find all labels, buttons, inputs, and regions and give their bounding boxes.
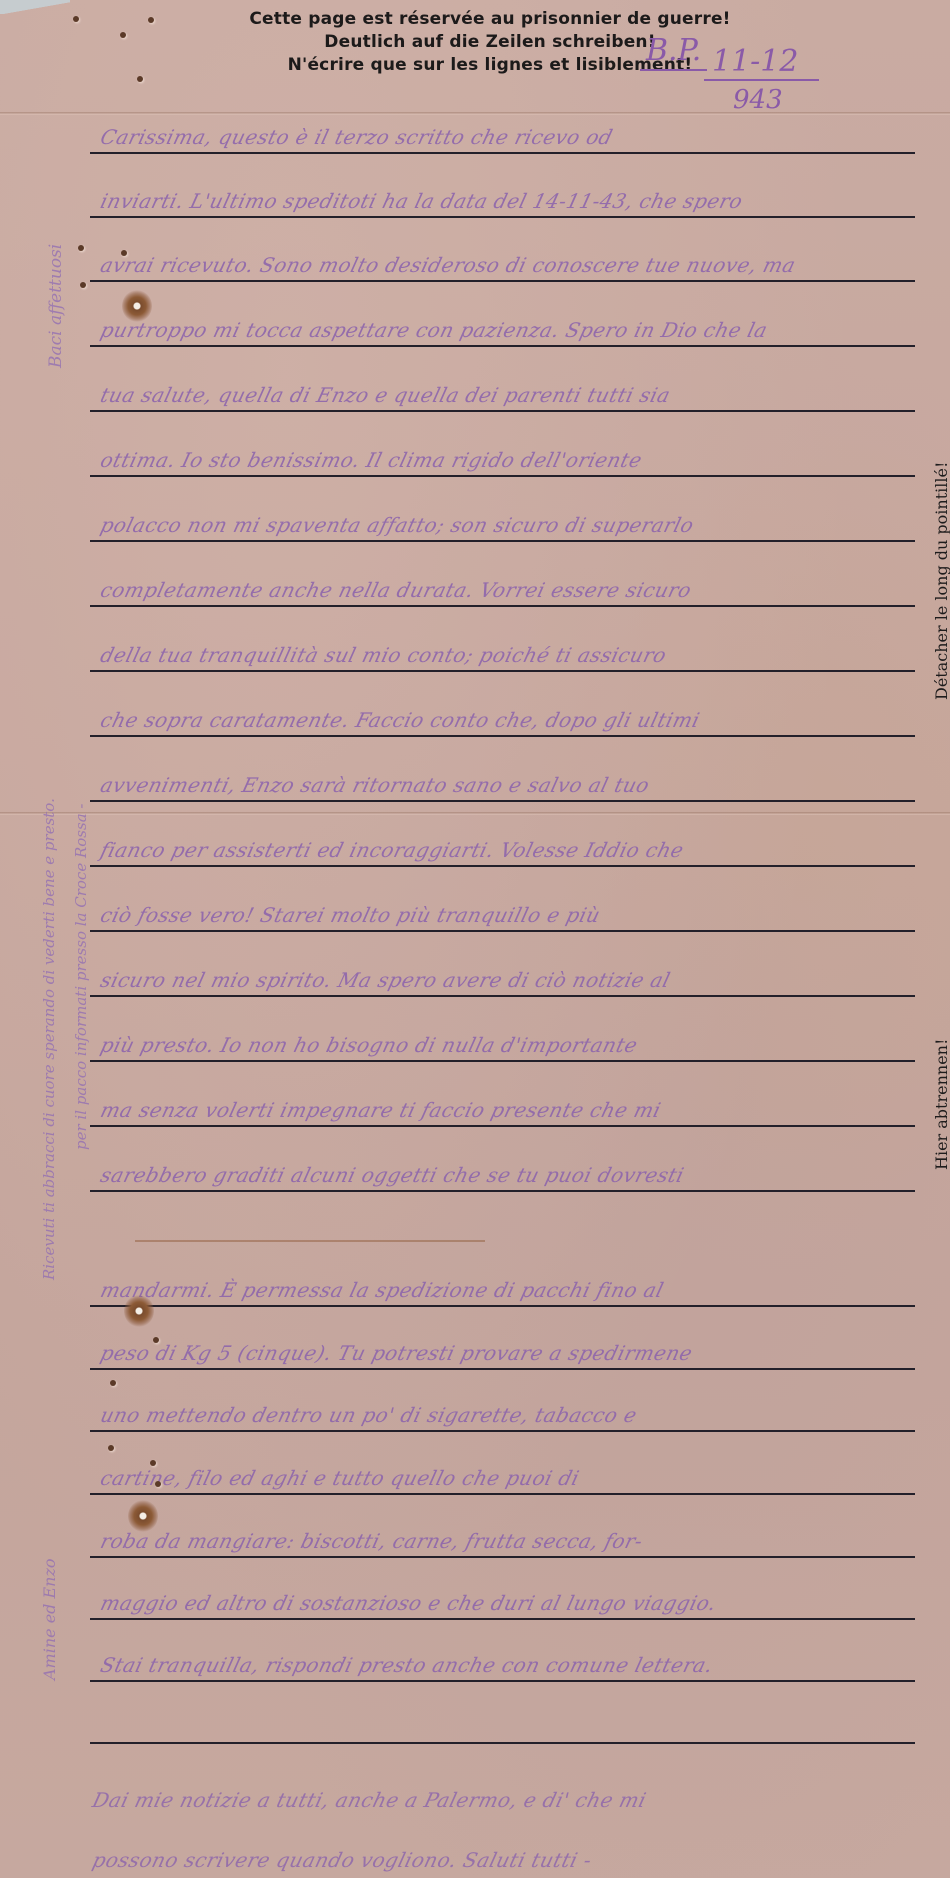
ruled-line [90, 280, 915, 282]
pin-hole [78, 245, 84, 251]
ruled-line [90, 1680, 915, 1682]
handwritten-line: Dai mie notizie a tutti, anche a Palermo… [90, 1788, 926, 1812]
handwritten-line: Stai tranquilla, rispondi presto anche c… [98, 1653, 934, 1677]
torn-corner [0, 0, 70, 14]
handwritten-line: ma senza volerti impegnare ti faccio pre… [98, 1098, 934, 1122]
handwritten-line: ciò fosse vero! Starei molto più tranqui… [98, 903, 934, 927]
handwritten-line: roba da mangiare: biscotti, carne, frutt… [98, 1529, 934, 1553]
handwritten-line: ottima. Io sto benissimo. Il clima rigid… [98, 448, 934, 472]
handwritten-line: possono scrivere quando vogliono. Saluti… [90, 1848, 926, 1872]
handwritten-line: fianco per assisterti ed incoraggiarti. … [98, 838, 934, 862]
censor-date-text: 11-12 [712, 44, 798, 79]
pin-hole [121, 250, 127, 256]
fold-crease [0, 812, 950, 815]
pin-hole [150, 1460, 156, 1466]
ruled-line [90, 1190, 915, 1192]
handwritten-line: tua salute, quella di Enzo e quella dei … [98, 383, 934, 407]
pin-hole [80, 282, 86, 288]
ruled-line [90, 930, 915, 932]
ruled-line [90, 1060, 915, 1062]
handwritten-line: sarebbero graditi alcuni oggetti che se … [98, 1163, 934, 1187]
handwritten-line: cartine, filo ed aghi e tutto quello che… [98, 1466, 934, 1490]
ruled-line [90, 1430, 915, 1432]
handwritten-line: mandarmi. È permessa la spedizione di pa… [98, 1278, 934, 1302]
header-cutoff-line [200, 4, 780, 8]
handwritten-line: più presto. Io non ho bisogno di nulla d… [98, 1033, 934, 1057]
ruled-line [90, 995, 915, 997]
ruled-line [90, 1368, 915, 1370]
ruled-line [90, 865, 915, 867]
handwritten-line: avrai ricevuto. Sono molto desideroso di… [98, 253, 934, 277]
ruled-line [90, 152, 915, 154]
handwritten-line: uno mettendo dentro un po' di sigarette,… [98, 1403, 934, 1427]
punch-hole [124, 1295, 154, 1327]
ruled-line [90, 540, 915, 542]
header-line: Cette page est réservée au prisonnier de… [200, 8, 780, 31]
margin-note: Amine ed Enzo [40, 1558, 59, 1680]
ruled-line [90, 1305, 915, 1307]
ruled-line [90, 475, 915, 477]
date-divider [704, 79, 819, 81]
detach-label-german: Hier abtrennen! [932, 1039, 950, 1170]
pin-hole [155, 1481, 161, 1487]
handwritten-line: Carissima, questo è il terzo scritto che… [98, 125, 934, 149]
ruled-line [90, 216, 915, 218]
detach-label: Détacher le long du pointillé! [932, 462, 950, 700]
margin-note: Ricevuti ti abbracci di cuore sperando d… [40, 798, 58, 1280]
pin-hole [108, 1445, 114, 1451]
pin-hole [110, 1380, 116, 1386]
censor-year: 943 [733, 86, 783, 114]
pin-hole [153, 1337, 159, 1343]
ruled-line [90, 345, 915, 347]
handwritten-line: inviarti. L'ultimo speditoti ha la data … [98, 189, 934, 213]
punch-hole [128, 1500, 158, 1532]
margin-note: per il pacco informati presso la Croce R… [72, 804, 90, 1150]
handwritten-line: purtroppo mi tocca aspettare con pazienz… [98, 318, 934, 342]
handwritten-line: della tua tranquillità sul mio conto; po… [98, 643, 934, 667]
pin-hole [137, 76, 143, 82]
ruled-line [90, 1742, 915, 1744]
handwritten-line: sicuro nel mio spirito. Ma spero avere d… [98, 968, 934, 992]
ruled-line [90, 735, 915, 737]
censor-date: 11-12 [712, 45, 798, 79]
ruled-line [90, 800, 915, 802]
ruled-line [90, 1493, 915, 1495]
handwritten-line: polacco non mi spaventa affatto; son sic… [98, 513, 934, 537]
ruled-line [90, 1618, 915, 1620]
punch-hole [122, 290, 152, 322]
handwritten-line: maggio ed altro di sostanzioso e che dur… [98, 1591, 934, 1615]
handwritten-line: avvenimenti, Enzo sarà ritornato sano e … [98, 773, 934, 797]
handwritten-line: che sopra caratamente. Faccio conto che,… [98, 708, 934, 732]
margin-note: Baci affettuosi [46, 244, 66, 368]
ruled-line [90, 410, 915, 412]
handwritten-line: completamente anche nella durata. Vorrei… [98, 578, 934, 602]
censor-initials: B.P. [640, 33, 707, 71]
ruled-line [90, 1125, 915, 1127]
pin-hole [120, 32, 126, 38]
ruled-line [90, 605, 915, 607]
ruled-line [90, 670, 915, 672]
fold-crease-short [135, 1240, 485, 1242]
pin-hole [148, 17, 154, 23]
handwritten-line: peso di Kg 5 (cinque). Tu potresti prova… [98, 1341, 934, 1365]
pin-hole [73, 16, 79, 22]
fold-crease [0, 112, 950, 115]
ruled-line [90, 1556, 915, 1558]
